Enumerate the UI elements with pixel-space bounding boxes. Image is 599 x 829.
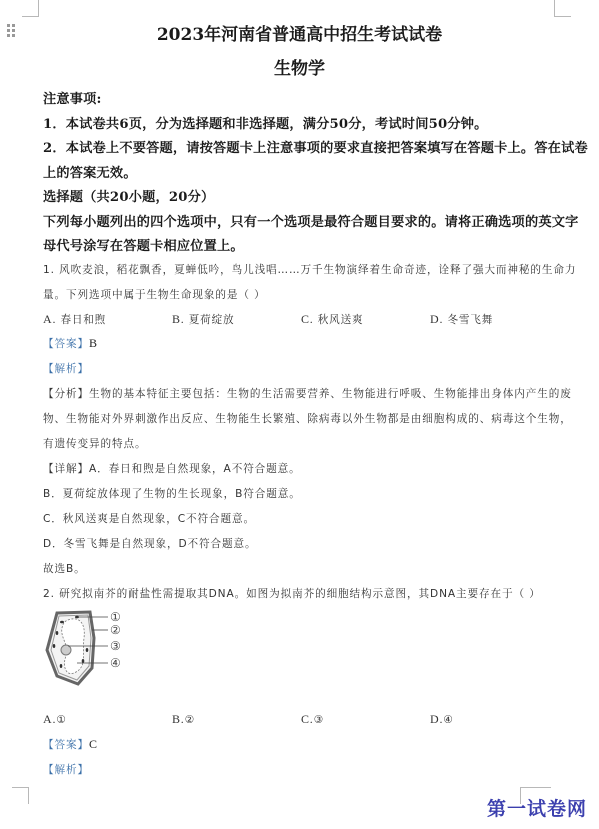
answer-value: C [89,737,98,751]
answer-tag: 【答案】 [43,338,89,350]
q2-stem-line-1: 2. 研究拟南芥的耐盐性需提取其DNA。如图为拟南芥的细胞结构示意图，其DNA主… [43,586,541,601]
q1-option-a: A. 春日和煦 [43,312,106,327]
page-corner-mark-bottom-left [12,787,29,804]
q1-stem-line-2: 量。下列选项中属于生物生命现象的是（ ） [43,287,266,302]
plant-cell-diagram: ① ② ③ ④ [42,608,142,688]
notice-line-3: 上的答案无效。 [43,162,137,181]
page-corner-mark-top-right [554,0,571,17]
q2-option-c: C.③ [301,712,324,727]
exam-title: 2023年河南省普通高中招生考试试卷 [0,20,599,45]
figure-label-2: ② [110,623,121,637]
q1-option-c: C. 秋风送爽 [301,312,363,327]
q2-answer: 【答案】C [43,737,98,752]
answer-value: B [89,336,98,350]
notice-heading: 注意事项: [43,88,102,107]
plant-cell-illustration-icon [42,608,142,688]
section-instruction-1: 下列每小题列出的四个选项中，只有一个选项是最符合题目要求的。请将正确选项的英文字 [43,211,579,230]
q1-analysis-line-2: 物、生物能对外界刺激作出反应、生物能生长繁殖、除病毒以外生物都是由细胞构成的、病… [43,411,572,426]
exam-subject: 生物学 [0,54,599,79]
section-instruction-2: 母代号涂写在答题卡相应位置上。 [43,235,244,254]
q1-detail-line-5: 故选B。 [43,561,86,576]
q1-option-d: D. 冬雪飞舞 [430,312,493,327]
figure-label-4: ④ [110,656,121,670]
site-watermark: 第一试卷网 [487,794,587,821]
q1-analysis-line-1: 【分析】生物的基本特征主要包括：生物的生活需要营养、生物能进行呼吸、生物能排出身… [43,386,572,401]
page-corner-mark-top-left [22,0,39,17]
notice-line-1: 1．本试卷共6页，分为选择题和非选择题，满分50分，考试时间50分钟。 [43,113,488,132]
q1-detail-line-3: C．秋风送爽是自然现象，C不符合题意。 [43,511,255,526]
q1-analysis-tag: 【解析】 [43,361,89,376]
figure-label-1: ① [110,610,121,624]
q2-option-d: D.④ [430,712,454,727]
q1-option-b: B. 夏荷绽放 [172,312,234,327]
q1-answer: 【答案】B [43,336,98,351]
q1-stem-line-1: 1. 风吹麦浪，稻花飘香，夏蝉低吟，鸟儿浅唱……万千生物演绎着生命奇迹，诠释了强… [43,262,576,277]
answer-tag: 【答案】 [43,739,89,751]
q2-option-a: A.① [43,712,67,727]
q1-detail-line-2: B．夏荷绽放体现了生物的生长现象，B符合题意。 [43,486,301,501]
q1-detail-line-4: D．冬雪飞舞是自然现象，D不符合题意。 [43,536,257,551]
section-heading: 选择题（共20小题，20分） [43,186,214,205]
q1-analysis-line-3: 有遗传变异的特点。 [43,436,146,451]
figure-label-3: ③ [110,639,121,653]
q1-detail-line-1: 【详解】A．春日和煦是自然现象，A不符合题意。 [43,461,301,476]
q2-analysis-tag: 【解析】 [43,762,89,777]
notice-line-2: 2．本试卷上不要答题，请按答题卡上注意事项的要求直接把答案填写在答题卡上。答在试… [43,137,588,156]
q2-option-b: B.② [172,712,195,727]
